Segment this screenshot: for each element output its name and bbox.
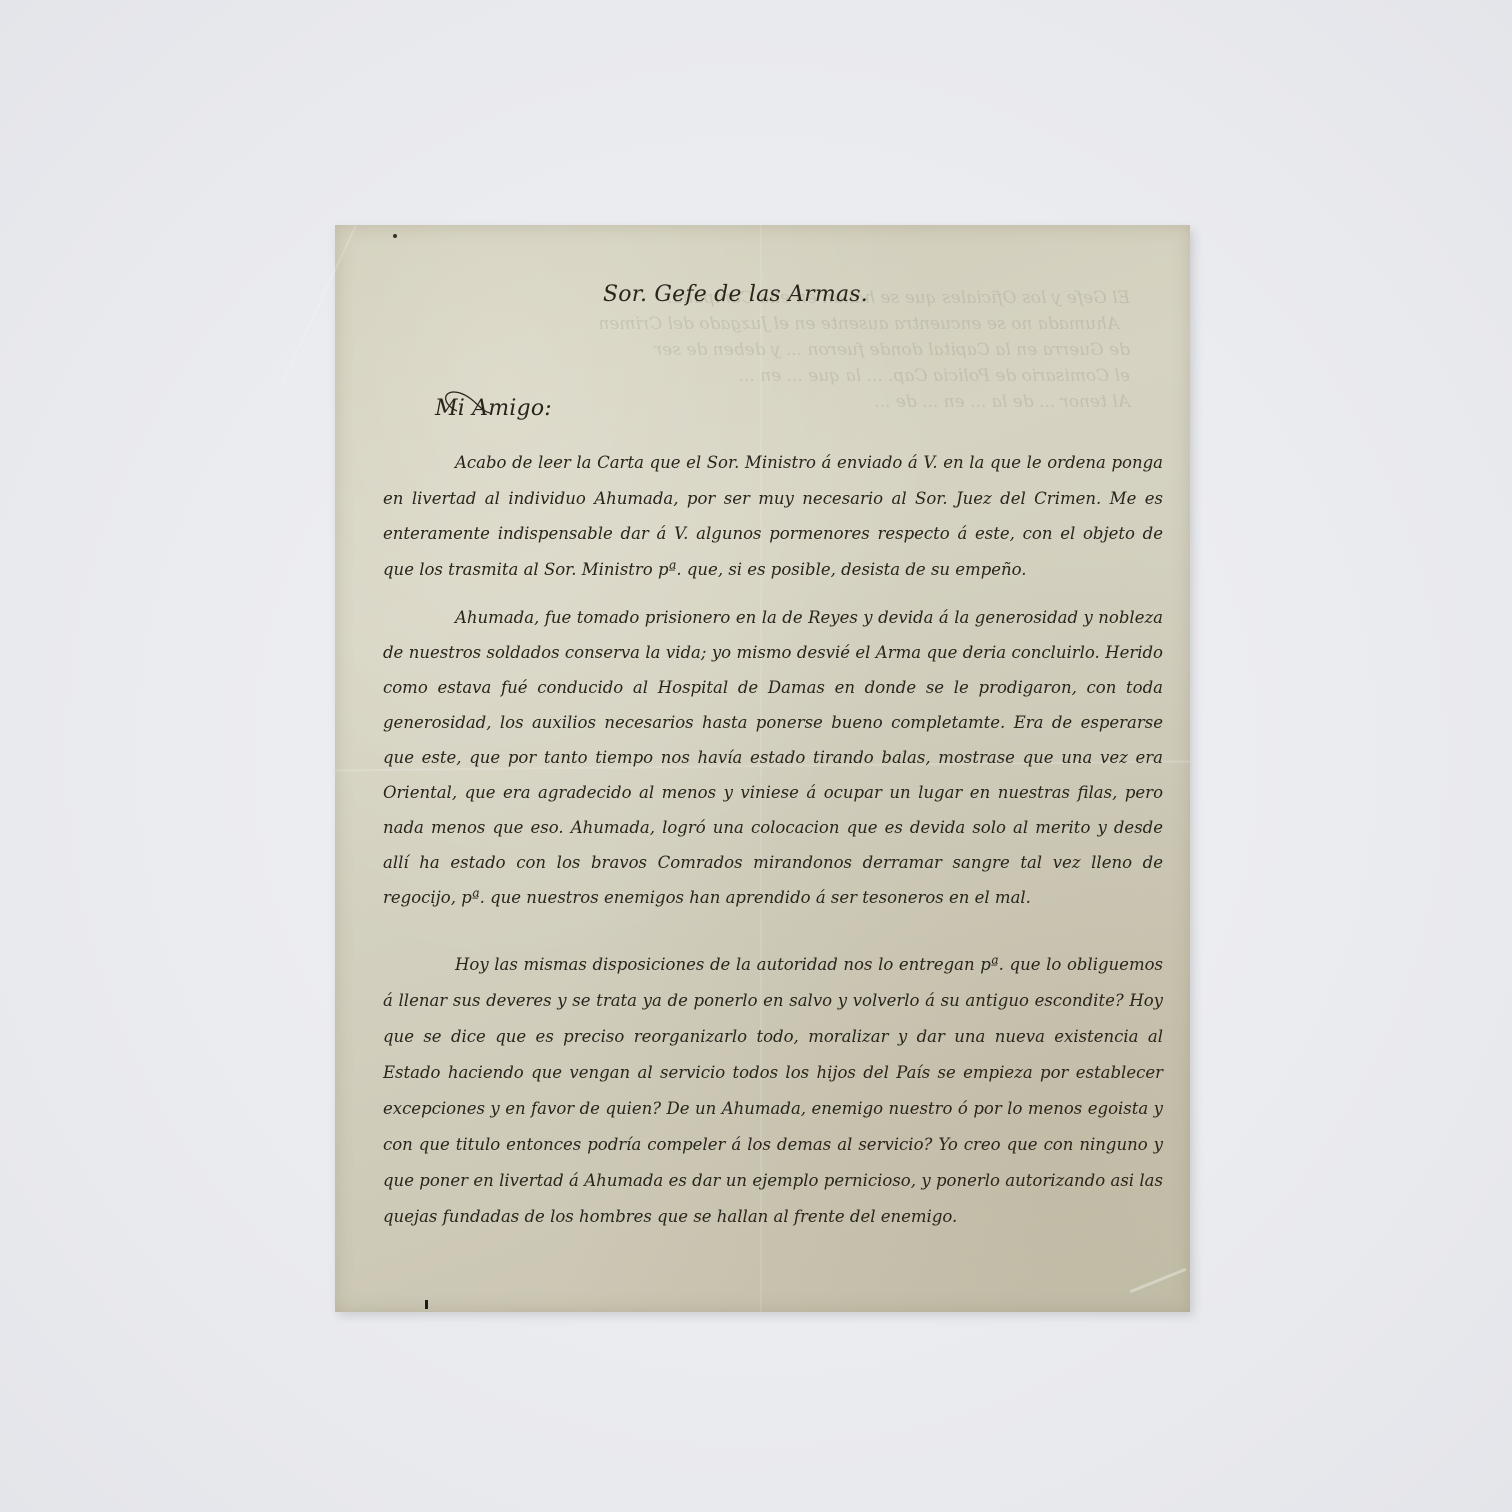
letter-title: Sor. Gefe de las Armas. [603, 282, 868, 307]
ink-blot [393, 234, 397, 238]
corner-tear [1130, 1268, 1187, 1293]
letter-salutation: Mi Amigo: [435, 396, 552, 421]
letter-paragraph-1: Acabo de leer la Carta que el Sor. Minis… [383, 445, 1163, 587]
letter-sheet: El Gefe y los Oficiales que se hallan en… [335, 225, 1190, 1312]
pinhole-mark [425, 1300, 428, 1309]
letter-paragraph-3: Hoy las mismas disposiciones de la autor… [383, 947, 1163, 1235]
letter-paragraph-2: Ahumada, fue tomado prisionero en la de … [383, 600, 1163, 915]
